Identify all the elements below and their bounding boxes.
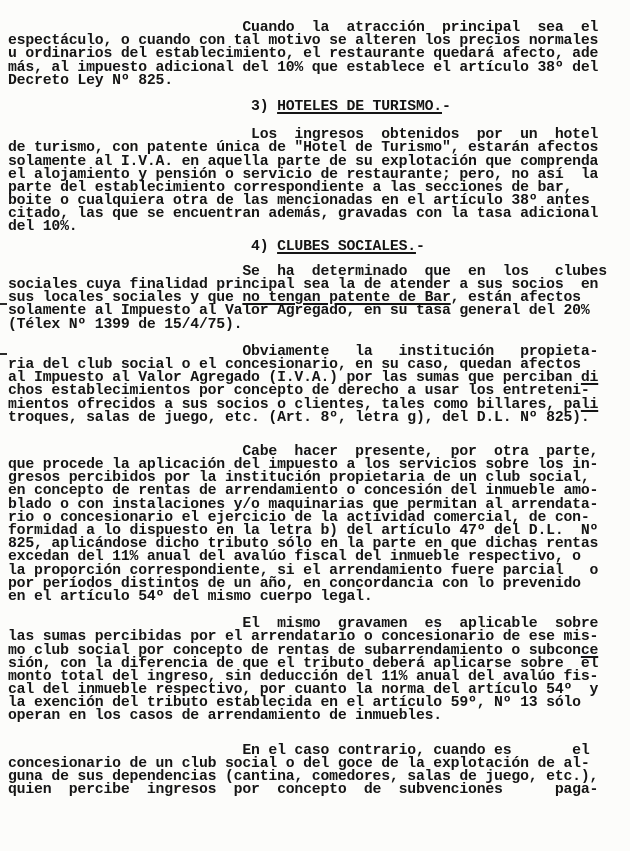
text-line: Decreto Ley Nº 825.: [8, 75, 624, 88]
text-line: troques, salas de juego, etc. (Art. 8º, …: [8, 412, 624, 425]
underlined-text: HOTELES DE TURISMO.: [277, 99, 442, 115]
text-segment: citado, las que se encuentran además, gr…: [8, 206, 598, 222]
text-line: (Télex Nº 1399 de 15/4/75).: [8, 319, 624, 332]
section-heading: 4) CLUBES SOCIALES.-: [8, 241, 624, 254]
text-segment: -: [416, 239, 425, 255]
text-segment: Decreto Ley Nº 825.: [8, 73, 173, 89]
text-segment: troques, salas de juego, etc. (Art. 8º, …: [8, 410, 590, 426]
text-segment: del 10%.: [8, 219, 77, 235]
text-line: quien percibe ingresos por concepto de s…: [8, 784, 624, 797]
margin-mark: [0, 353, 7, 355]
document-body: Cuando la atracción principal sea elespe…: [8, 22, 624, 797]
paragraph: Los ingresos obtenidos por un hotelde tu…: [8, 129, 624, 235]
text-line: operan en los casos de arrendamiento de …: [8, 710, 624, 723]
text-segment: 4): [8, 239, 277, 255]
text-segment: -: [442, 99, 451, 115]
text-segment: 3): [8, 99, 277, 115]
margin-mark: [0, 303, 7, 305]
section-heading: 3) HOTELES DE TURISMO.-: [8, 101, 624, 114]
text-line: en el artículo 54º del mismo cuerpo lega…: [8, 591, 624, 604]
paragraph: Se ha determinado que en los clubessocia…: [8, 266, 624, 332]
document-page: Cuando la atracción principal sea elespe…: [0, 0, 630, 851]
paragraph: En el caso contrario, cuando es elconces…: [8, 745, 624, 798]
paragraph: Cuando la atracción principal sea elespe…: [8, 22, 624, 88]
text-line: 3) HOTELES DE TURISMO.-: [8, 101, 624, 114]
underlined-text: CLUBES SOCIALES.: [277, 239, 416, 255]
text-segment: quien percibe ingresos por concepto de s…: [8, 782, 598, 798]
text-segment: en el artículo 54º del mismo cuerpo lega…: [8, 589, 373, 605]
paragraph: El mismo gravamen es aplicable sobrelas …: [8, 618, 624, 724]
text-line: citado, las que se encuentran además, gr…: [8, 208, 624, 221]
text-line: del 10%.: [8, 221, 624, 234]
paragraph: Cabe hacer presente, por otra parte,que …: [8, 446, 624, 604]
text-segment: operan en los casos de arrendamiento de …: [8, 708, 442, 724]
text-line: 4) CLUBES SOCIALES.-: [8, 241, 624, 254]
paragraph: Obviamente la institución propieta-ria d…: [8, 346, 624, 425]
text-segment: (Télex Nº 1399 de 15/4/75).: [8, 317, 242, 333]
